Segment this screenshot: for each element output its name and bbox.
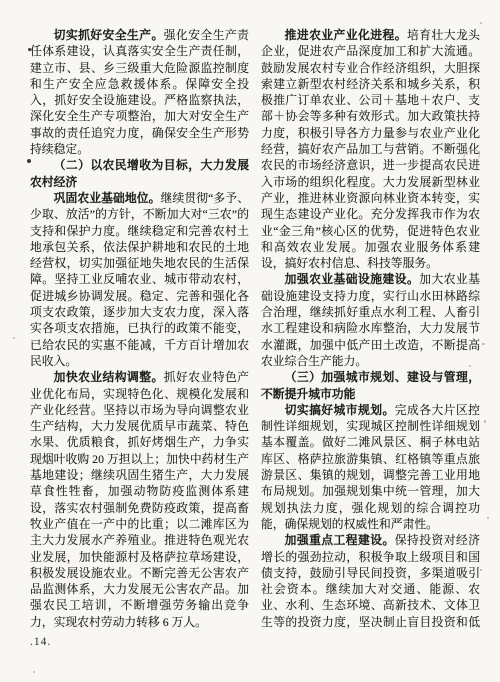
scan-artifact	[27, 159, 31, 163]
paragraph-lead: 加强农业基础设施建设。	[285, 272, 420, 286]
section-heading: （三）加强城市规划、建设与管理，不断提升城市功能	[261, 369, 480, 402]
scan-artifact	[487, 517, 489, 519]
paragraph-lead: 切实抓好安全生产。	[54, 28, 164, 42]
paragraph-lead: 切实搞好城市规划。	[285, 403, 395, 417]
body-paragraph: 加快农业结构调整。抓好农业特色产业优化布局，实现特色化、规模化发展和产业化经营。…	[30, 369, 249, 630]
scan-artifact	[480, 569, 482, 571]
scan-artifact	[33, 671, 35, 673]
scan-artifact	[484, 420, 486, 423]
body-paragraph: 切实搞好城市规划。完成各大片区控制性详细规划，实现城区控制性详细规划基本覆盖。做…	[261, 402, 480, 532]
paragraph-lead: 巩固农业基础地位。	[54, 191, 161, 205]
paragraph-lead: 推进农业产业化进程。	[285, 28, 407, 42]
body-paragraph: 推进农业产业化进程。培育壮大龙头企业，促进农产品深度加工和扩大流通。鼓励发展农村…	[261, 27, 480, 271]
scan-artifact	[28, 48, 31, 51]
body-paragraph: 加强农业基础设施建设。加大农业基础设施建设支持力度，实行山水田林路综合治理，继续…	[261, 271, 480, 369]
document-page: 切实抓好安全生产。强化安全生产责任体系建设，认真落实安全生产责任制，建立市、县、…	[0, 0, 500, 682]
paragraph-lead: 加快农业结构调整。	[54, 370, 164, 384]
section-heading: （二）以农民增收为目标，大力发展农村经济	[30, 157, 249, 190]
body-paragraph: 巩固农业基础地位。继续贯彻“多予、少取、放活”的方针，不断加大对“三农”的支持和…	[30, 190, 249, 369]
scan-artifact	[482, 343, 485, 345]
page-number: .14.	[30, 636, 51, 648]
text-columns: 切实抓好安全生产。强化安全生产责任体系建设，认真落实安全生产责任制，建立市、县、…	[30, 27, 480, 633]
body-paragraph: 切实抓好安全生产。强化安全生产责任体系建设，认真落实安全生产责任制，建立市、县、…	[30, 27, 249, 157]
scan-artifact	[480, 22, 482, 24]
paragraph-lead: 加强重点工程建设。	[285, 533, 395, 547]
scan-artifact	[469, 365, 471, 367]
scan-artifact	[13, 337, 15, 339]
